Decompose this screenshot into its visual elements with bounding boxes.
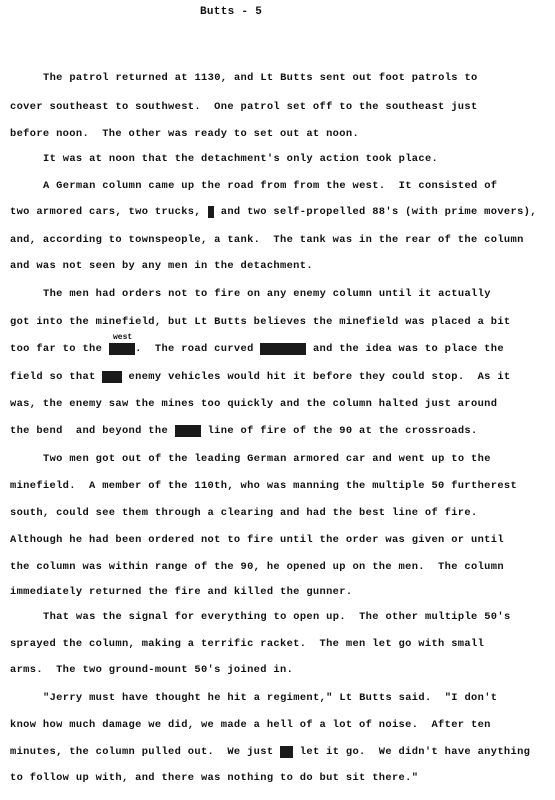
text-line: minefield. A member of the 110th, who wa…: [10, 480, 517, 492]
text-line: the bend and beyond the rang line of fir…: [10, 425, 478, 437]
text-line: two armored cars, two trucks, x and two …: [10, 206, 537, 218]
struck-out-word: east: [109, 343, 135, 355]
text-line: the column was within range of the 90, h…: [10, 561, 504, 573]
text-line: south, could see them through a clearing…: [10, 507, 478, 519]
text-line: and, according to townspeople, a tank. T…: [10, 234, 524, 246]
text-line: That was the signal for everything to op…: [43, 611, 511, 623]
text-line: arms. The two ground-mount 50's joined i…: [10, 664, 293, 676]
text-line: Although he had been ordered not to fire…: [10, 534, 504, 546]
text-line: and was not seen by any men in the detac…: [10, 260, 313, 272]
text-line: to follow up with, and there was nothing…: [10, 772, 418, 784]
struck-out-word: x: [208, 206, 215, 218]
struck-out-word: ta: [280, 746, 293, 758]
text-line: know how much damage we did, we made a h…: [10, 719, 491, 731]
text-line: too far to the east. The road curved mid…: [10, 343, 504, 355]
text-line: immediately returned the fire and killed…: [10, 586, 352, 598]
struck-out-word: the: [102, 371, 122, 383]
text-line: minutes, the column pulled out. We just …: [10, 746, 530, 758]
typewritten-page: Butts - 5 The patrol returned at 1130, a…: [0, 0, 555, 800]
struck-out-word: rang: [175, 425, 201, 437]
text-line: "Jerry must have thought he hit a regime…: [43, 692, 497, 704]
text-line: before noon. The other was ready to set …: [10, 128, 359, 140]
text-line: The men had orders not to fire on any en…: [43, 288, 491, 300]
text-line: The patrol returned at 1130, and Lt Butt…: [43, 72, 478, 84]
struck-out-word: midsign: [260, 343, 306, 355]
text-line: It was at noon that the detachment's onl…: [43, 153, 438, 165]
text-line: field so that the enemy vehicles would h…: [10, 371, 511, 383]
text-line: got into the minefield, but Lt Butts bel…: [10, 316, 511, 328]
text-line: A German column came up the road from fr…: [43, 180, 497, 192]
text-line: was, the enemy saw the mines too quickly…: [10, 398, 497, 410]
text-line: cover southeast to southwest. One patrol…: [10, 101, 478, 113]
page-header: Butts - 5: [200, 6, 262, 18]
inserted-word: west: [113, 333, 132, 342]
text-line: sprayed the column, making a terrific ra…: [10, 638, 484, 650]
text-line: Two men got out of the leading German ar…: [43, 453, 491, 465]
